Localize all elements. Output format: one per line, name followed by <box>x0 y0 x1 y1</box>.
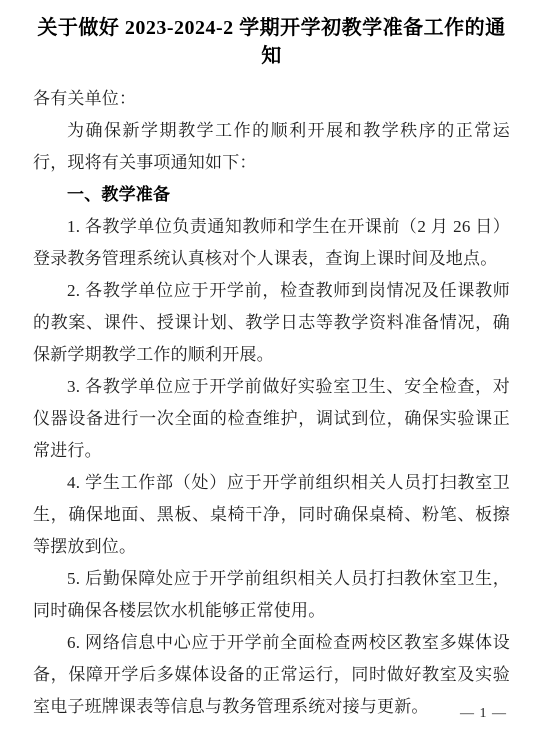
notice-item-3: 3. 各教学单位应于开学前做好实验室卫生、安全检查，对仪器设备进行一次全面的检查… <box>33 371 510 467</box>
document-content: 关于做好 2023-2024-2 学期开学初教学准备工作的通知 各有关单位： 为… <box>33 14 510 723</box>
document-page: 关于做好 2023-2024-2 学期开学初教学准备工作的通知 各有关单位： 为… <box>0 0 543 740</box>
salutation: 各有关单位： <box>33 83 510 115</box>
notice-item-4: 4. 学生工作部（处）应于开学前组织相关人员打扫教室卫生，确保地面、黑板、桌椅干… <box>33 467 510 563</box>
section-heading: 一、教学准备 <box>33 179 510 211</box>
page-title: 关于做好 2023-2024-2 学期开学初教学准备工作的通知 <box>33 14 510 70</box>
notice-item-1: 1. 各教学单位负责通知教师和学生在开课前（2 月 26 日）登录教务管理系统认… <box>33 211 510 275</box>
intro-paragraph: 为确保新学期教学工作的顺利开展和教学秩序的正常运行，现将有关事项通知如下： <box>33 115 510 179</box>
notice-item-6: 6. 网络信息中心应于开学前全面检查两校区教室多媒体设备，保障开学后多媒体设备的… <box>33 627 510 723</box>
notice-item-5: 5. 后勤保障处应于开学前组织相关人员打扫教休室卫生，同时确保各楼层饮水机能够正… <box>33 563 510 627</box>
page-number: — 1 — <box>460 706 507 722</box>
notice-item-2: 2. 各教学单位应于开学前，检查教师到岗情况及任课教师的教案、课件、授课计划、教… <box>33 275 510 371</box>
